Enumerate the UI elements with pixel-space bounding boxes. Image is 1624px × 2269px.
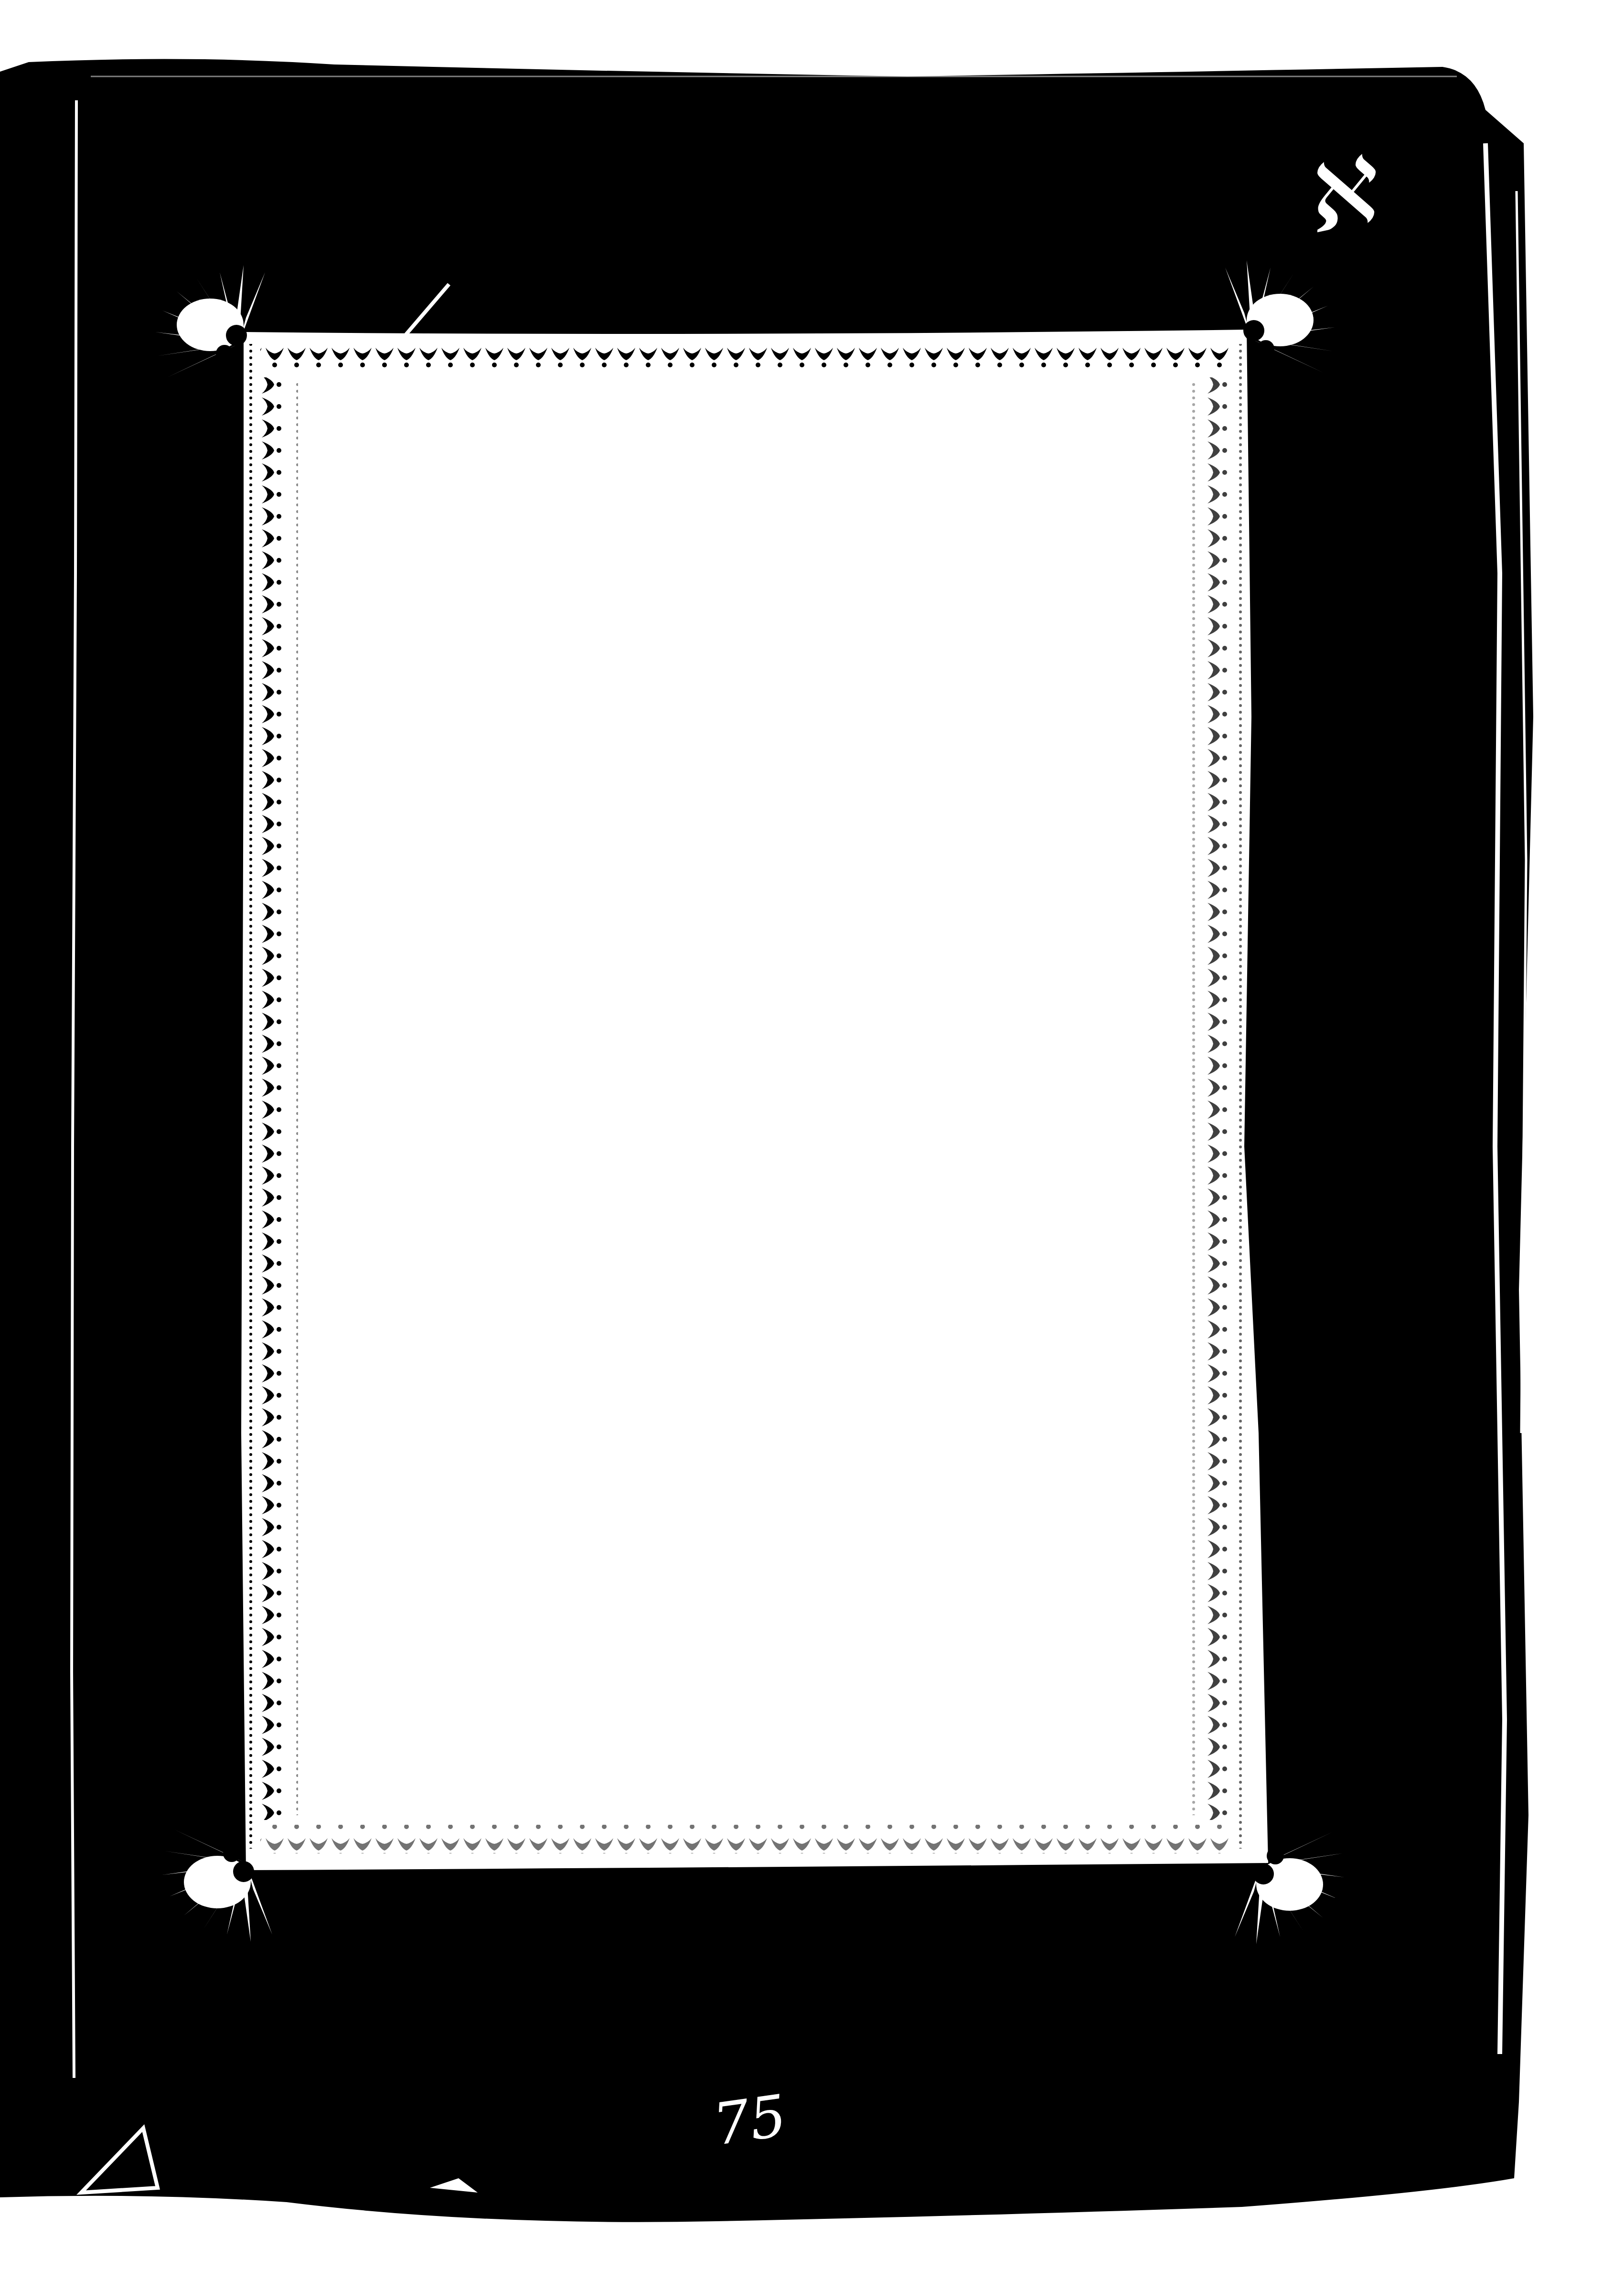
manuscript-scan: [0, 0, 1624, 2269]
page-frame: [241, 330, 1268, 1870]
page-number: 75: [703, 2082, 797, 2160]
